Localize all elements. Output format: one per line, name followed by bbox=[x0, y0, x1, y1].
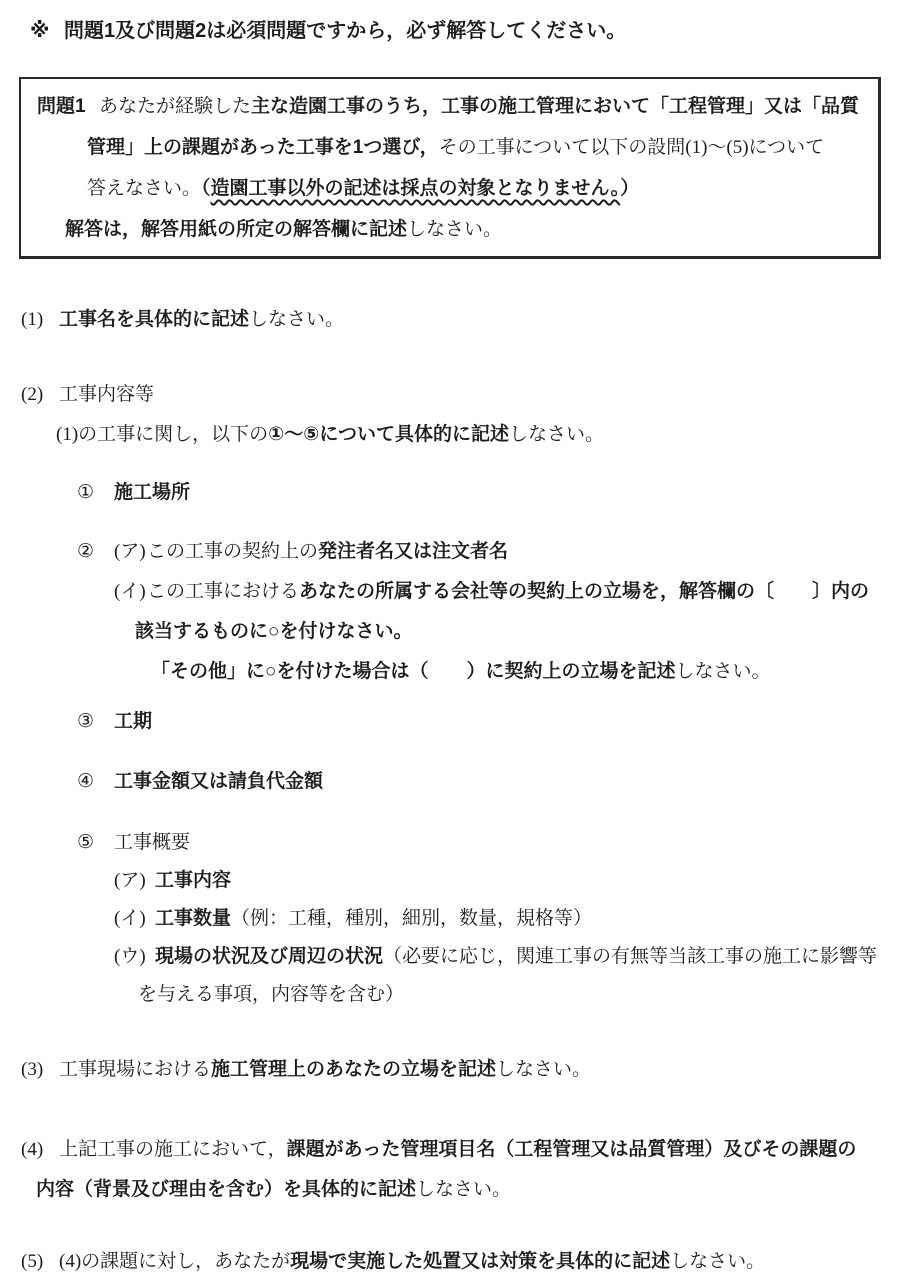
item-1-normal: しなさい。 bbox=[249, 309, 344, 330]
item-2-marker: (2) bbox=[21, 375, 59, 415]
item-3: (3)工事現場における施工管理上のあなたの立場を記述しなさい。 bbox=[0, 1050, 908, 1090]
item-4-bold-line1: 課題があった管理項目名（工程管理又は品質管理）及びその課題の bbox=[287, 1139, 857, 1160]
sub-item-1-label: 施工場所 bbox=[114, 482, 190, 503]
item-2-title: 工事内容等 bbox=[59, 384, 154, 405]
sub-item-5b-normal: （例：工種，種別，細別，数量，規格等） bbox=[231, 908, 592, 929]
sub-item-3-marker: ③ bbox=[77, 702, 114, 742]
item-4-normal1: 上記工事の施工において， bbox=[59, 1139, 287, 1160]
item-4: (4)上記工事の施工において，課題があった管理項目名（工程管理又は品質管理）及び… bbox=[0, 1130, 908, 1170]
sub-item-2b: (イ)この工事におけるあなたの所属する会社等の契約上の立場を，解答欄の〔 〕内の bbox=[0, 572, 908, 612]
box-line3-paren-close: ） bbox=[620, 178, 639, 199]
box-line2-normal: その工事について以下の設問(1)～(5)について bbox=[439, 137, 825, 158]
sub-item-5b-marker: (イ) bbox=[114, 900, 155, 938]
item-5-marker: (5) bbox=[21, 1242, 59, 1280]
sub-item-5c-normal1: （必要に応じ，関連工事の有無等当該工事の施工に影響等 bbox=[383, 946, 877, 967]
header-note-text: 問題1及び問題2は必須問題ですから，必ず解答してください。 bbox=[64, 20, 626, 42]
sub-item-2b-normal: この工事における bbox=[147, 581, 299, 602]
sub-item-1: ①施工場所 bbox=[0, 473, 908, 513]
sub-item-5-label: 工事概要 bbox=[114, 832, 190, 853]
sub-item-5b: (イ)工事数量（例：工種，種別，細別，数量，規格等） bbox=[0, 900, 908, 938]
item-3-normal2: しなさい。 bbox=[496, 1059, 591, 1080]
item-5-normal2: しなさい。 bbox=[670, 1251, 765, 1272]
item-1-bold: 工事名を具体的に記述 bbox=[59, 309, 249, 330]
item-4-bold-line2: 内容（背景及び理由を含む）を具体的に記述 bbox=[36, 1179, 416, 1200]
box-line-1: 問題1あなたが経験した主な造園工事のうち，工事の施工管理において「工程管理」又は… bbox=[37, 86, 868, 127]
item-2: (2)工事内容等 bbox=[0, 375, 908, 415]
box-line-3: 答えなさい。（造園工事以外の記述は採点の対象となりません。） bbox=[37, 168, 868, 209]
box-line4-bold: 解答は，解答用紙の所定の解答欄に記述 bbox=[65, 219, 407, 240]
sub-item-2b-line3: 「その他」に○を付けた場合は（ ）に契約上の立場を記述しなさい。 bbox=[0, 652, 908, 692]
item-5-normal1: (4)の課題に対し，あなたが bbox=[59, 1251, 290, 1272]
question1-box: 問題1あなたが経験した主な造園工事のうち，工事の施工管理において「工程管理」又は… bbox=[19, 77, 881, 259]
sub-item-4: ④工事金額又は請負代金額 bbox=[0, 762, 908, 802]
sub-item-5a: (ア)工事内容 bbox=[0, 862, 908, 900]
box-line2-bold: 管理」上の課題があった工事を1つ選び， bbox=[87, 137, 439, 158]
item-1-marker: (1) bbox=[21, 300, 59, 340]
box-line3-caution-wavy: 造園工事以外の記述は採点の対象となりません。 bbox=[211, 178, 621, 199]
box-line4-normal: しなさい。 bbox=[407, 219, 502, 240]
item-1: (1)工事名を具体的に記述しなさい。 bbox=[0, 300, 908, 340]
sub-item-2a-marker: (ア) bbox=[114, 532, 147, 572]
sub-item-5c-normal2: を与える事項，内容等を含む） bbox=[138, 984, 404, 1005]
item-3-marker: (3) bbox=[21, 1050, 59, 1090]
sub-item-5a-bold: 工事内容 bbox=[155, 870, 231, 891]
exam-page: ※問題1及び問題2は必須問題ですから，必ず解答してください。 問題1あなたが経験… bbox=[0, 0, 908, 1280]
item-4-line2: 内容（背景及び理由を含む）を具体的に記述しなさい。 bbox=[0, 1170, 908, 1210]
sub-item-3-label: 工期 bbox=[114, 711, 152, 732]
sub-item-4-label: 工事金額又は請負代金額 bbox=[114, 771, 323, 792]
item-4-marker: (4) bbox=[21, 1130, 59, 1170]
item-2-intro-normal1: (1)の工事に関し，以下の bbox=[56, 424, 268, 445]
sub-item-5b-bold: 工事数量 bbox=[155, 908, 231, 929]
sub-item-2a: ②(ア)この工事の契約上の発注者名又は注文者名 bbox=[0, 532, 908, 572]
sub-item-2b-line3-bold: 「その他」に○を付けた場合は（ ）に契約上の立場を記述 bbox=[151, 661, 675, 682]
sub-item-3: ③工期 bbox=[0, 702, 908, 742]
item-3-normal1: 工事現場における bbox=[59, 1059, 211, 1080]
sub-item-5a-marker: (ア) bbox=[114, 862, 155, 900]
sub-item-2b-line2-bold: 該当するものに○を付けなさい。 bbox=[135, 621, 412, 642]
box-line1-normal: あなたが経験した bbox=[99, 96, 251, 117]
sub-item-5c-line2: を与える事項，内容等を含む） bbox=[0, 976, 908, 1014]
item-3-bold: 施工管理上のあなたの立場を記述 bbox=[211, 1059, 496, 1080]
sub-item-2-marker: ② bbox=[77, 532, 114, 572]
box-line3-paren-open: （ bbox=[201, 178, 211, 199]
item-2-intro-normal2: しなさい。 bbox=[509, 424, 604, 445]
sub-item-4-marker: ④ bbox=[77, 762, 114, 802]
item-5-bold: 現場で実施した処置又は対策を具体的に記述 bbox=[290, 1251, 670, 1272]
reference-mark: ※ bbox=[30, 11, 64, 51]
sub-item-5c-marker: (ウ) bbox=[114, 938, 155, 976]
box-line-2: 管理」上の課題があった工事を1つ選び，その工事について以下の設問(1)～(5)に… bbox=[37, 127, 868, 168]
sub-item-2b-line3-normal: しなさい。 bbox=[675, 661, 770, 682]
sub-item-2a-normal: この工事の契約上の bbox=[147, 541, 318, 562]
box-line-4: 解答は，解答用紙の所定の解答欄に記述しなさい。 bbox=[37, 209, 868, 250]
sub-item-2b-line2: 該当するものに○を付けなさい。 bbox=[0, 612, 908, 652]
sub-item-1-marker: ① bbox=[77, 473, 114, 513]
sub-item-5-marker: ⑤ bbox=[77, 824, 114, 862]
box-line1-bold: 主な造園工事のうち，工事の施工管理において「工程管理」又は「品質 bbox=[251, 96, 859, 117]
sub-item-2a-bold: 発注者名又は注文者名 bbox=[318, 541, 508, 562]
item-5: (5)(4)の課題に対し，あなたが現場で実施した処置又は対策を具体的に記述しなさ… bbox=[0, 1242, 908, 1280]
sub-item-5: ⑤工事概要 bbox=[0, 824, 908, 862]
sub-item-2b-bold: あなたの所属する会社等の契約上の立場を，解答欄の〔 〕内の bbox=[299, 581, 869, 602]
sub-item-2b-marker: (イ) bbox=[114, 572, 147, 612]
header-note: ※問題1及び問題2は必須問題ですから，必ず解答してください。 bbox=[0, 0, 908, 51]
sub-item-5c: (ウ)現場の状況及び周辺の状況（必要に応じ，関連工事の有無等当該工事の施工に影響… bbox=[0, 938, 908, 976]
question1-label: 問題1 bbox=[37, 86, 99, 127]
box-line3-normal: 答えなさい。 bbox=[87, 178, 201, 199]
item-4-normal2: しなさい。 bbox=[416, 1179, 511, 1200]
sub-item-5c-bold: 現場の状況及び周辺の状況 bbox=[155, 946, 383, 967]
item-2-intro-bold: ①～⑤について具体的に記述 bbox=[268, 424, 509, 445]
item-2-intro: (1)の工事に関し，以下の①～⑤について具体的に記述しなさい。 bbox=[0, 415, 908, 455]
